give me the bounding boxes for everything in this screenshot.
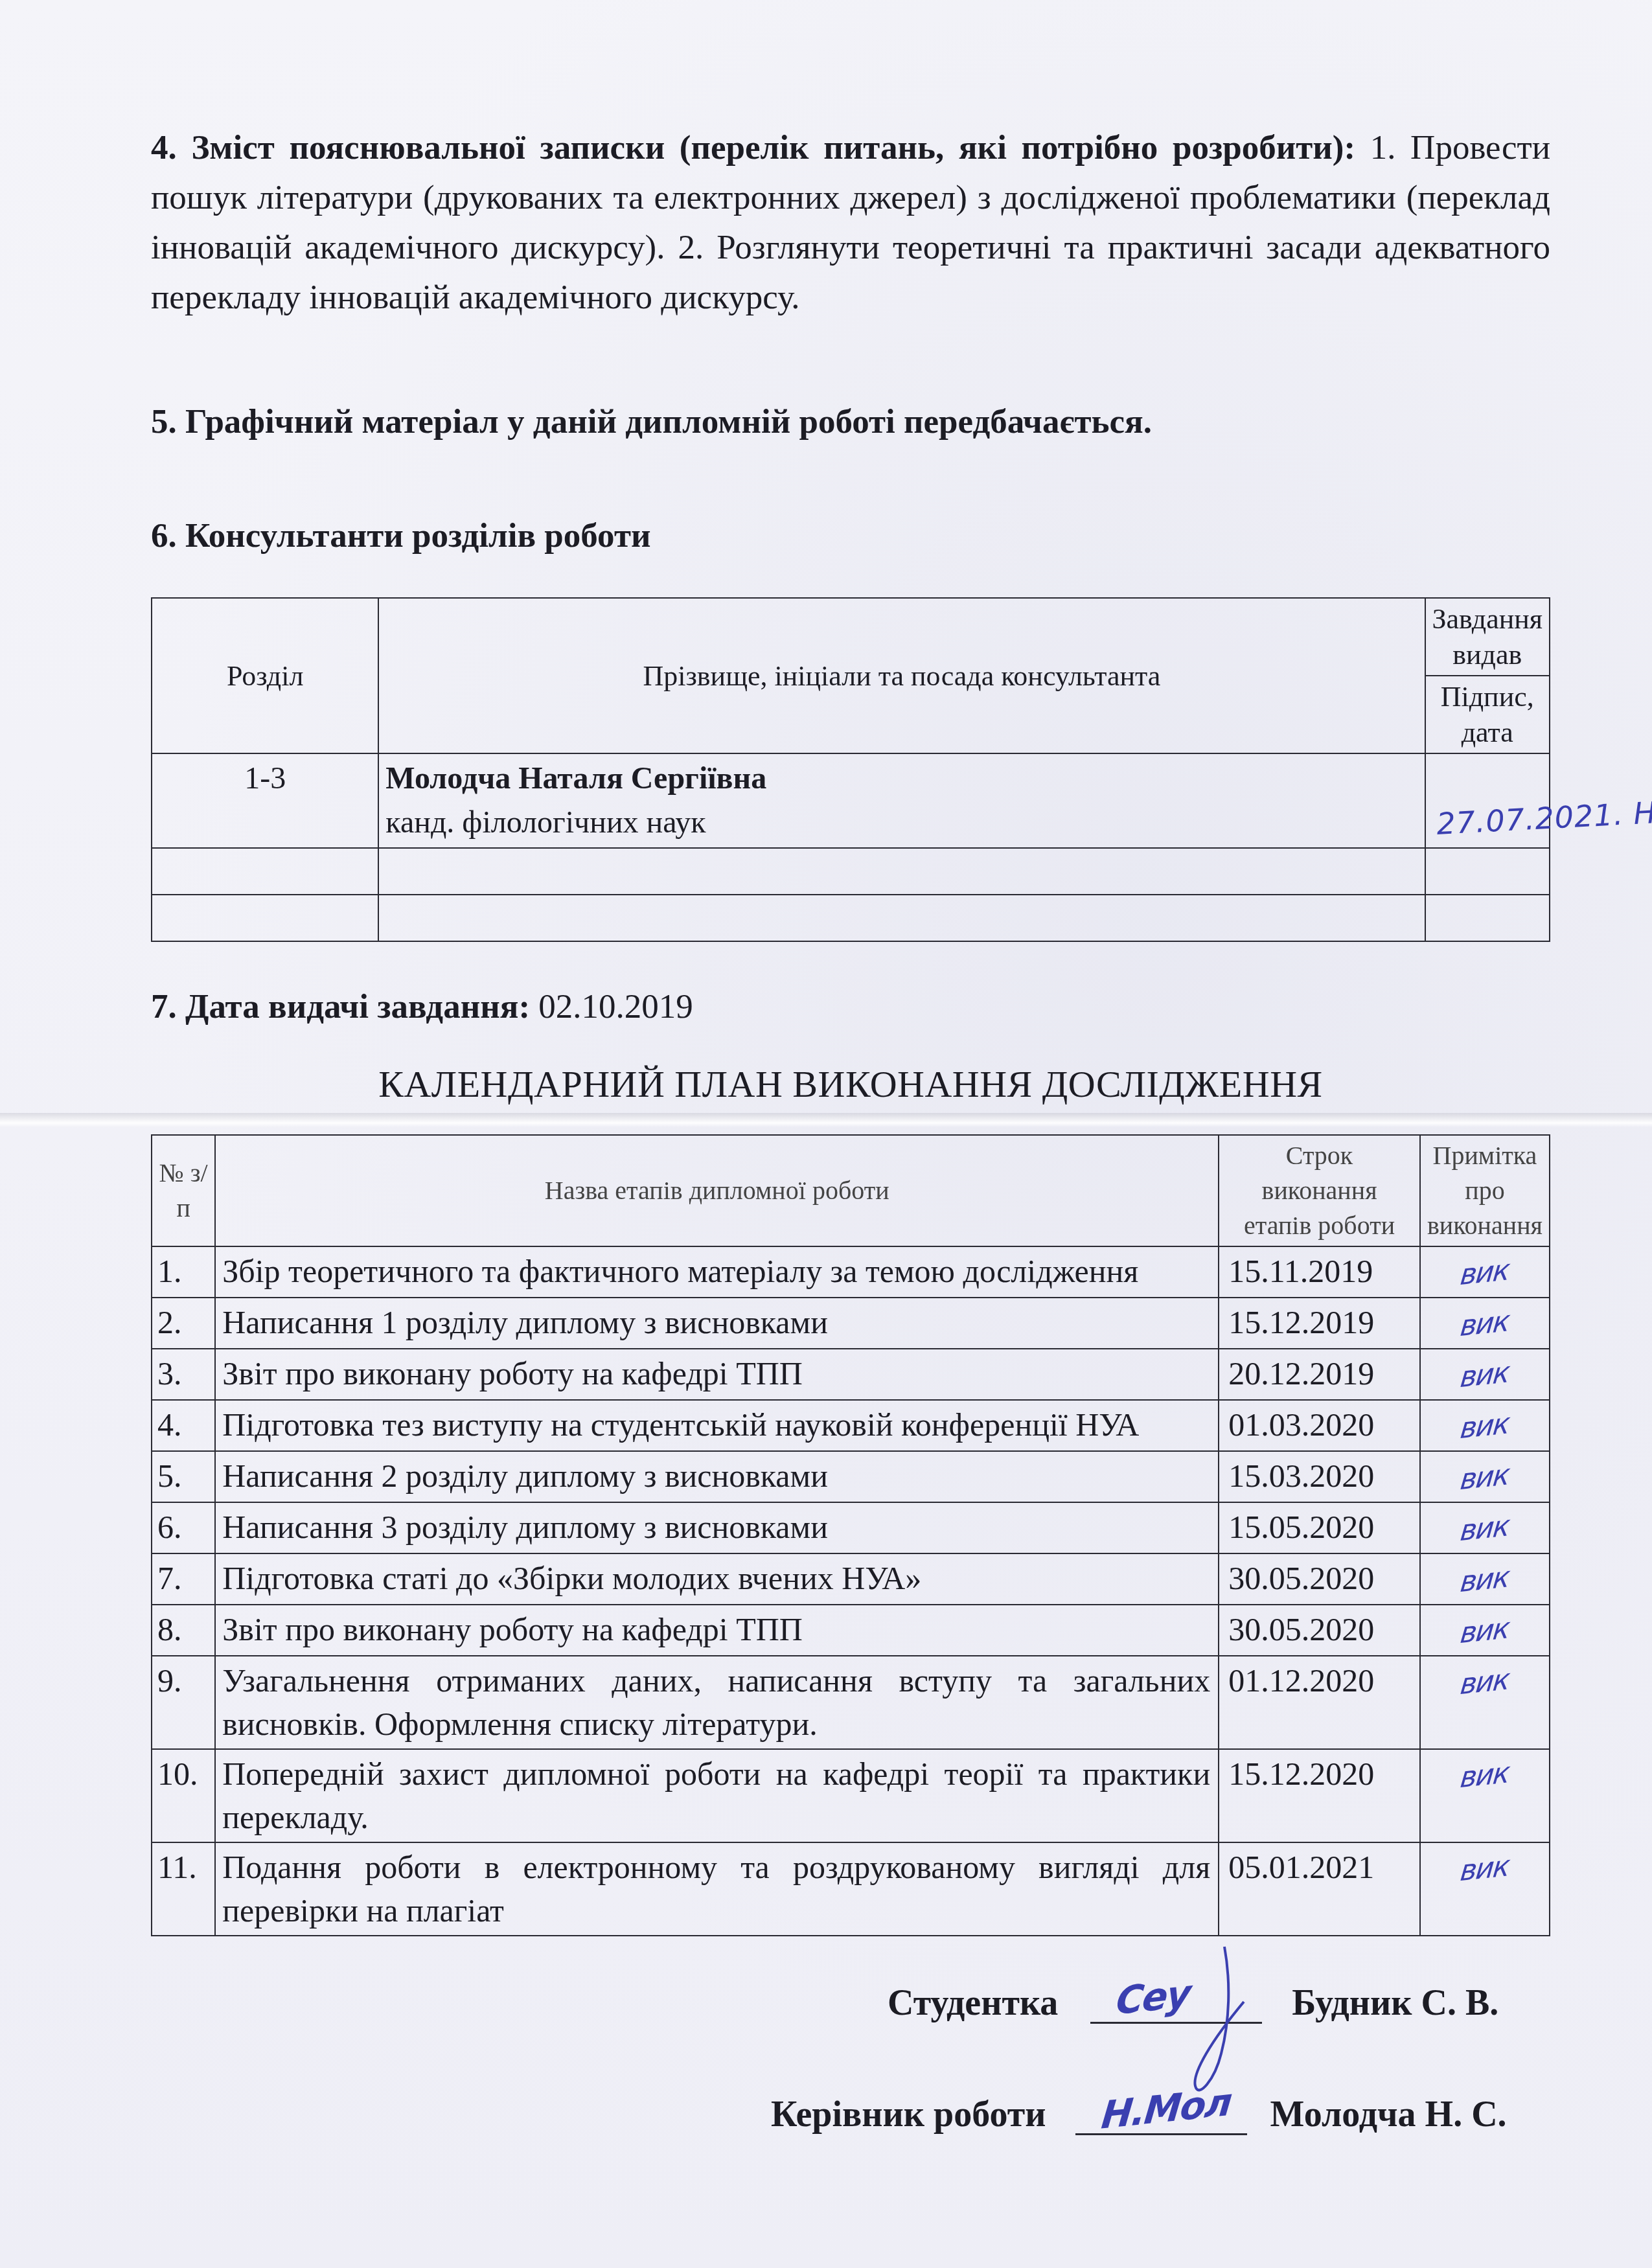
stage-completion-note: вик [1420, 1749, 1550, 1842]
stage-name: Звіт про виконану роботу на кафедрі ТПП [215, 1605, 1219, 1656]
header-section: Розділ [152, 598, 378, 753]
plan-header-row: № з/п Назва етапів дипломної роботи Стро… [152, 1135, 1550, 1246]
consultants-table: Розділ Прізвище, ініціали та посада конс… [151, 597, 1550, 942]
stage-number: 9. [152, 1656, 215, 1749]
plan-row: 5.Написання 2 розділу диплому з висновка… [152, 1451, 1550, 1502]
stage-number: 1. [152, 1246, 215, 1298]
handwritten-note: вик [1458, 1658, 1511, 1707]
plan-row: 4.Підготовка тез виступу на студентській… [152, 1400, 1550, 1451]
consultant-row: 1-3 Молодча Наталя Сергіївна канд. філол… [152, 753, 1550, 848]
stage-number: 5. [152, 1451, 215, 1502]
stage-due-date: 15.05.2020 [1219, 1502, 1420, 1553]
plan-row: 2.Написання 1 розділу диплому з висновка… [152, 1298, 1550, 1349]
consultant-name-cell: Молодча Наталя Сергіївна канд. філологіч… [378, 753, 1425, 848]
student-label: Студентка [888, 1982, 1058, 2024]
header-due: Строк виконання етапів роботи [1219, 1135, 1420, 1246]
stage-number: 3. [152, 1349, 215, 1400]
calendar-plan-table: № з/п Назва етапів дипломної роботи Стро… [151, 1134, 1550, 1936]
stage-name: Написання 3 розділу диплому з висновками [215, 1502, 1219, 1553]
stage-name: Звіт про виконану роботу на кафедрі ТПП [215, 1349, 1219, 1400]
plan-row: 10.Попередній захист дипломної роботи на… [152, 1749, 1550, 1842]
stage-name: Написання 2 розділу диплому з висновками [215, 1451, 1219, 1502]
issue-date-label: 7. Дата видачі завдання: [151, 988, 530, 1025]
handwritten-note: вик [1458, 1402, 1511, 1451]
plan-row: 3.Звіт про виконану роботу на кафедрі ТП… [152, 1349, 1550, 1400]
header-num: № з/п [152, 1135, 215, 1246]
handwritten-note: вик [1458, 1300, 1511, 1349]
signature-line: Н.Мол [1075, 2094, 1247, 2135]
stage-completion-note: вик [1420, 1605, 1550, 1656]
plan-row: 1.Збір теоретичного та фактичного матері… [152, 1246, 1550, 1298]
stage-due-date: 15.03.2020 [1219, 1451, 1420, 1502]
stage-name: Узагальнення отриманих даних, написання … [215, 1656, 1219, 1749]
stage-due-date: 15.12.2019 [1219, 1298, 1420, 1349]
stage-completion-note: вик [1420, 1246, 1550, 1298]
consultant-section: 1-3 [152, 753, 378, 848]
empty-cell [378, 848, 1425, 895]
stage-due-date: 20.12.2019 [1219, 1349, 1420, 1400]
consultant-name: Молодча Наталя Сергіївна [385, 757, 1417, 801]
stage-completion-note: вик [1420, 1400, 1550, 1451]
stage-name: Підготовка статі до «Збірки молодих вчен… [215, 1553, 1219, 1605]
stage-completion-note: вик [1420, 1842, 1550, 1936]
stage-number: 8. [152, 1605, 215, 1656]
student-handwritten-signature: Сеу [1114, 1971, 1192, 2023]
plan-body: 1.Збір теоретичного та фактичного матері… [152, 1246, 1550, 1936]
consultant-signature-cell: 27.07.2021. Н.Мол [1425, 753, 1550, 848]
consultants-header-row: Розділ Прізвище, ініціали та посада конс… [152, 598, 1550, 676]
plan-row: 6.Написання 3 розділу диплому з висновка… [152, 1502, 1550, 1553]
handwritten-note: вик [1458, 1351, 1511, 1400]
stage-due-date: 01.03.2020 [1219, 1400, 1420, 1451]
stage-completion-note: вик [1420, 1553, 1550, 1605]
consultant-row-empty [152, 895, 1550, 941]
stage-due-date: 15.11.2019 [1219, 1246, 1420, 1298]
stage-due-date: 01.12.2020 [1219, 1656, 1420, 1749]
stage-number: 6. [152, 1502, 215, 1553]
handwritten-note: вик [1458, 1555, 1511, 1605]
empty-cell [378, 895, 1425, 941]
empty-cell [152, 848, 378, 895]
stage-number: 11. [152, 1842, 215, 1936]
header-consultant: Прізвище, ініціали та посада консультант… [378, 598, 1425, 753]
handwritten-note: вик [1458, 1453, 1511, 1502]
stage-due-date: 05.01.2021 [1219, 1842, 1420, 1936]
plan-row: 8.Звіт про виконану роботу на кафедрі ТП… [152, 1605, 1550, 1656]
stage-number: 4. [152, 1400, 215, 1451]
handwritten-note: вик [1458, 1504, 1511, 1553]
handwritten-note: вик [1458, 1248, 1511, 1298]
stage-name: Збір теоретичного та фактичного матеріал… [215, 1246, 1219, 1298]
plan-row: 11.Подання роботи в електронному та розд… [152, 1842, 1550, 1936]
consultant-row-empty [152, 848, 1550, 895]
header-stage-name: Назва етапів дипломної роботи [215, 1135, 1219, 1246]
supervisor-name: Молодча Н. С. [1270, 2094, 1507, 2135]
stage-number: 7. [152, 1553, 215, 1605]
header-signature-date: Підпис, дата [1425, 676, 1550, 753]
empty-cell [1425, 848, 1550, 895]
consultant-position: канд. філологічних наук [385, 801, 1417, 845]
stage-name: Попередній захист дипломної роботи на ка… [215, 1749, 1219, 1842]
stage-number: 10. [152, 1749, 215, 1842]
issue-date: 7. Дата видачі завдання: 02.10.2019 [151, 987, 1550, 1026]
stage-completion-note: вик [1420, 1451, 1550, 1502]
issue-date-value: 02.10.2019 [538, 988, 693, 1025]
stage-due-date: 30.05.2020 [1219, 1605, 1420, 1656]
section-4: 4. Зміст пояснювальної записки (перелік … [151, 123, 1550, 323]
section-5-title: 5. Графічний матеріал у даній дипломній … [151, 400, 1550, 443]
section-4-title: 4. Зміст пояснювальної записки (перелік … [151, 129, 1355, 166]
stage-due-date: 30.05.2020 [1219, 1553, 1420, 1605]
empty-cell [152, 895, 378, 941]
supervisor-signature-line: Керівник роботи Н.Мол Молодча Н. С. [771, 2094, 1507, 2135]
handwritten-note: вик [1458, 1751, 1511, 1800]
supervisor-label: Керівник роботи [771, 2094, 1046, 2135]
plan-title: КАЛЕНДАРНИЙ ПЛАН ВИКОНАННЯ ДОСЛІДЖЕННЯ [151, 1062, 1550, 1106]
empty-cell [1425, 895, 1550, 941]
stage-due-date: 15.12.2020 [1219, 1749, 1420, 1842]
stage-number: 2. [152, 1298, 215, 1349]
handwritten-note: вик [1458, 1844, 1511, 1894]
plan-row: 7.Підготовка статі до «Збірки молодих вч… [152, 1553, 1550, 1605]
student-name: Будник С. В. [1292, 1982, 1498, 2024]
stage-name: Підготовка тез виступу на студентській н… [215, 1400, 1219, 1451]
stage-completion-note: вик [1420, 1502, 1550, 1553]
header-note: Примітка про виконання [1420, 1135, 1550, 1246]
stage-name: Подання роботи в електронному та роздрук… [215, 1842, 1219, 1936]
stage-name: Написання 1 розділу диплому з висновками [215, 1298, 1219, 1349]
stage-completion-note: вик [1420, 1349, 1550, 1400]
header-task-issued: Завдання видав [1425, 598, 1550, 676]
handwritten-note: вик [1458, 1607, 1511, 1656]
stage-completion-note: вик [1420, 1298, 1550, 1349]
plan-row: 9.Узагальнення отриманих даних, написанн… [152, 1656, 1550, 1749]
document-body: 4. Зміст пояснювальної записки (перелік … [151, 123, 1550, 1936]
section-6-title: 6. Консультанти розділів роботи [151, 514, 1550, 557]
stage-completion-note: вик [1420, 1656, 1550, 1749]
